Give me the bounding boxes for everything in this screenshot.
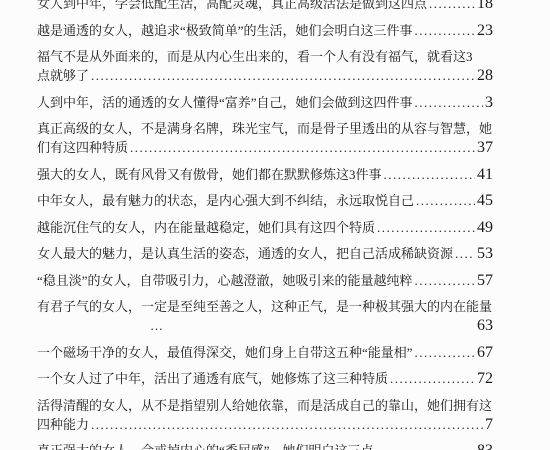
toc-page-number: 37 <box>475 140 493 155</box>
dot-leader: ........................................… <box>413 23 475 38</box>
toc-entry-title: 人到中年，活的通透的女人懂得“富养”自己，她们会做到这四件事 <box>37 95 413 110</box>
dot-leader: ........................................… <box>427 0 475 11</box>
dot-leader: ........................................… <box>89 68 475 83</box>
toc-entry-row[interactable]: 一个女人过了中年，活出了通透有底气，她修炼了这三种特质 ............… <box>37 371 493 386</box>
toc-entry-title: 强大的女人，既有风骨又有傲骨，她们都在默默修炼这3件事 <box>37 167 382 182</box>
toc-page-number: 7 <box>483 417 493 432</box>
toc-entry-title: 真正高级的女人，不是满身名牌，珠光宝气，而是骨子里透出的从容与智慧，她 <box>37 121 492 136</box>
toc-entry-title: 越是通透的女人，越追求“极致简单”的生活，她们会明白这三件事 <box>37 23 413 38</box>
toc-entry-title: 活得清醒的女人，从不是指望别人给她依靠，而是活成自己的靠山，她们拥有这 <box>37 398 492 413</box>
toc-entry-row[interactable]: 有君子气的女人，一定是至纯至善之人，这种正气，是一种极其强大的内在能量 ....… <box>37 299 493 314</box>
dot-leader: ........................................… <box>89 417 483 432</box>
toc-entry-row[interactable]: “稳且淡”的女人，自带吸引力，心越澄澈，她吸引来的能量越纯粹 .........… <box>37 273 493 288</box>
toc-entry-row[interactable]: 一个磁场干净的女人，最值得深交，她们身上自带这五种“能量相” .........… <box>37 345 493 360</box>
toc-page-number: 67 <box>475 345 493 360</box>
dot-leader: ........................................… <box>375 220 475 235</box>
toc-entry-title: 一个磁场干净的女人，最值得深交，她们身上自带这五种“能量相” <box>37 345 413 360</box>
toc-entry-title: 中年女人，最有魅力的状态，是内心强大到不纠结，永远取悦自己 <box>37 193 414 208</box>
toc-entry-title: 真正强大的女人，会戒掉内心的“委屈感”，她们明白这三点 <box>37 443 374 450</box>
toc-page-number: 49 <box>475 220 493 235</box>
toc-entry-row[interactable]: 中年女人，最有魅力的状态，是内心强大到不纠结，永远取悦自己 ..........… <box>37 193 493 208</box>
dot-leader: ........................................… <box>453 246 475 261</box>
toc-page-number: 23 <box>475 23 493 38</box>
toc-page-number: 72 <box>475 371 493 386</box>
toc-entry-row[interactable]: 四种能力 ...................................… <box>37 417 493 432</box>
toc-page-number: 57 <box>475 273 493 288</box>
toc-entry-row[interactable]: 强大的女人，既有风骨又有傲骨，她们都在默默修炼这3件事 ............… <box>37 167 493 182</box>
toc-entry-title: 点就够了 <box>37 68 89 83</box>
toc-page-number: 3 <box>483 95 493 110</box>
toc-entry-title: 女人到中年，学会低配生活，高配灵魂，真正高级活法是做到这四点 <box>37 0 427 11</box>
toc-entry-row[interactable]: 活得清醒的女人，从不是指望别人给她依靠，而是活成自己的靠山，她们拥有这 ....… <box>37 398 493 413</box>
dot-leader: ........................................… <box>128 140 475 155</box>
toc-page-number: 28 <box>475 68 493 83</box>
toc-entry-title: 福气不是从外面来的，而是从内心生出来的，看一个人有没有福气，就看这3 <box>37 49 473 64</box>
toc-entry-row[interactable]: 女人到中年，学会低配生活，高配灵魂，真正高级活法是做到这四点 .........… <box>37 0 493 11</box>
dot-leader: ........................................… <box>414 193 475 208</box>
toc-page-number: 45 <box>475 193 493 208</box>
toc-entry-title: 四种能力 <box>37 417 89 432</box>
dot-leader: ........................................… <box>382 167 475 182</box>
toc-entry-title: … <box>150 318 163 333</box>
dot-leader: ........................................… <box>413 273 475 288</box>
toc-entry-title: 有君子气的女人，一定是至纯至善之人，这种正气，是一种极其强大的内在能量 <box>37 299 492 314</box>
toc-entry-row[interactable]: 人到中年，活的通透的女人懂得“富养”自己，她们会做到这四件事 .........… <box>37 95 493 110</box>
dot-leader: ........................................… <box>413 95 483 110</box>
toc-entry-row[interactable]: 真正高级的女人，不是满身名牌，珠光宝气，而是骨子里透出的从容与智慧，她 ....… <box>37 121 493 136</box>
toc-entry-row[interactable]: 福气不是从外面来的，而是从内心生出来的，看一个人有没有福气，就看这3 .....… <box>37 49 493 64</box>
toc-entry-title: 一个女人过了中年，活出了通透有底气，她修炼了这三种特质 <box>37 371 388 386</box>
toc-entry-title: 越能沉住气的女人，内在能量越稳定，她们具有这四个特质 <box>37 220 375 235</box>
dot-leader: ........................................… <box>388 371 475 386</box>
toc-page-number: 83 <box>475 443 493 450</box>
toc-entry-row[interactable]: 女人最大的魅力，是认真生活的姿态，通透的女人，把自己活成稀缺资源 .......… <box>37 246 493 261</box>
toc-entry-row[interactable]: 越能沉住气的女人，内在能量越稳定，她们具有这四个特质 .............… <box>37 220 493 235</box>
dot-leader: ........................................… <box>413 345 475 360</box>
toc-entry-title: “稳且淡”的女人，自带吸引力，心越澄澈，她吸引来的能量越纯粹 <box>37 273 413 288</box>
toc-entry-title: 们有这四种特质 <box>37 140 128 155</box>
toc-page-number: 41 <box>475 167 493 182</box>
toc-entry-row[interactable]: 们有这四种特质 ................................… <box>37 140 493 155</box>
table-of-contents: 女人到中年，学会低配生活，高配灵魂，真正高级活法是做到这四点 .........… <box>0 0 550 450</box>
dot-leader: ........................................… <box>374 443 475 450</box>
toc-page-number: 53 <box>475 246 493 261</box>
toc-entry-row[interactable]: … ......................................… <box>37 318 493 333</box>
toc-page-number: 63 <box>475 318 493 333</box>
toc-page-number: 18 <box>475 0 493 11</box>
toc-entry-row[interactable]: 真正强大的女人，会戒掉内心的“委屈感”，她们明白这三点 ............… <box>37 443 493 450</box>
toc-entry-row[interactable]: 点就够了 ...................................… <box>37 68 493 83</box>
toc-entry-title: 女人最大的魅力，是认真生活的姿态，通透的女人，把自己活成稀缺资源 <box>37 246 453 261</box>
toc-entry-row[interactable]: 越是通透的女人，越追求“极致简单”的生活，她们会明白这三件事 .........… <box>37 23 493 38</box>
